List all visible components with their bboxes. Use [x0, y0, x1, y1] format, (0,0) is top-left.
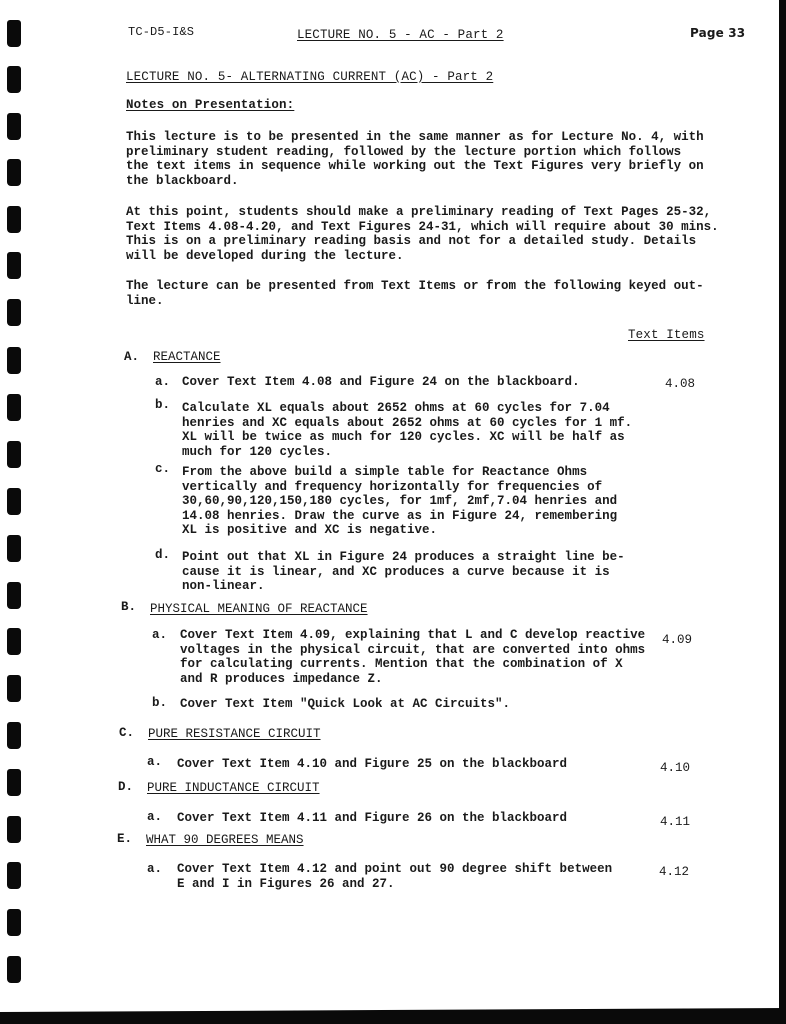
text-item-ref: 4.11	[660, 815, 690, 830]
binder-hole	[7, 628, 21, 655]
outline-item: Cover Text Item 4.10 and Figure 25 on th…	[177, 757, 657, 772]
binder-hole	[7, 113, 21, 140]
section-letter: B.	[121, 600, 136, 614]
binder-hole	[7, 299, 21, 326]
doc-code: TC-D5-I&S	[128, 25, 194, 40]
page-number: Page 33	[690, 26, 745, 41]
binder-hole	[7, 769, 21, 796]
binder-hole	[7, 535, 21, 562]
item-letter: c.	[155, 462, 170, 476]
section-letter: A.	[124, 350, 139, 364]
outline-item: Cover Text Item 4.12 and point out 90 de…	[177, 862, 667, 891]
section-title: PURE RESISTANCE CIRCUIT	[148, 727, 321, 741]
binder-hole	[7, 909, 21, 936]
text-item-ref: 4.08	[665, 377, 695, 392]
binder-hole	[7, 816, 21, 843]
section-letter: E.	[117, 832, 132, 846]
section-letter: D.	[118, 780, 133, 794]
section-title: WHAT 90 DEGREES MEANS	[146, 833, 304, 847]
section-letter: C.	[119, 726, 134, 740]
binder-hole	[7, 347, 21, 374]
binder-hole	[7, 159, 21, 186]
outline-item: Point out that XL in Figure 24 produces …	[182, 550, 652, 594]
notes-heading: Notes on Presentation:	[126, 98, 294, 113]
text-item-ref: 4.12	[659, 865, 689, 880]
item-letter: b.	[155, 398, 170, 412]
text-item-ref: 4.10	[660, 761, 690, 776]
text-item-ref: 4.09	[662, 633, 692, 648]
section-title: PHYSICAL MEANING OF REACTANCE	[150, 602, 368, 616]
item-letter: a.	[147, 862, 162, 876]
outline-item: Cover Text Item 4.09, explaining that L …	[180, 628, 660, 686]
item-letter: b.	[152, 696, 167, 710]
binder-hole	[7, 252, 21, 279]
item-letter: d.	[155, 548, 170, 562]
binder-hole	[7, 488, 21, 515]
running-title: LECTURE NO. 5 - AC - Part 2	[297, 28, 504, 43]
binder-hole	[7, 862, 21, 889]
outline-item: Calculate XL equals about 2652 ohms at 6…	[182, 401, 652, 459]
paragraph: This lecture is to be presented in the s…	[126, 130, 726, 188]
binder-hole	[7, 441, 21, 468]
item-letter: a.	[147, 755, 162, 769]
binder-hole	[7, 20, 21, 47]
binder-hole	[7, 582, 21, 609]
binder-hole	[7, 956, 21, 983]
item-letter: a.	[147, 810, 162, 824]
binder-hole	[7, 66, 21, 93]
outline-item: From the above build a simple table for …	[182, 465, 652, 538]
outline-item: Cover Text Item "Quick Look at AC Circui…	[180, 697, 660, 712]
item-letter: a.	[152, 628, 167, 642]
paragraph: At this point, students should make a pr…	[126, 205, 726, 263]
section-title: REACTANCE	[153, 350, 221, 364]
binder-hole	[7, 394, 21, 421]
binder-hole	[7, 722, 21, 749]
binder-hole	[7, 675, 21, 702]
item-letter: a.	[155, 375, 170, 389]
outline-item: Cover Text Item 4.08 and Figure 24 on th…	[182, 375, 652, 390]
section-title: PURE INDUCTANCE CIRCUIT	[147, 781, 320, 795]
binder-hole	[7, 206, 21, 233]
text-items-column-header: Text Items	[628, 328, 705, 343]
scanned-page: TC-D5-I&S LECTURE NO. 5 - AC - Part 2 Pa…	[0, 0, 786, 1024]
paragraph: The lecture can be presented from Text I…	[126, 279, 726, 308]
scan-edge-right	[779, 0, 786, 1024]
page-title: LECTURE NO. 5- ALTERNATING CURRENT (AC) …	[126, 70, 493, 85]
outline-item: Cover Text Item 4.11 and Figure 26 on th…	[177, 811, 657, 826]
scan-edge-bottom	[0, 1008, 786, 1024]
